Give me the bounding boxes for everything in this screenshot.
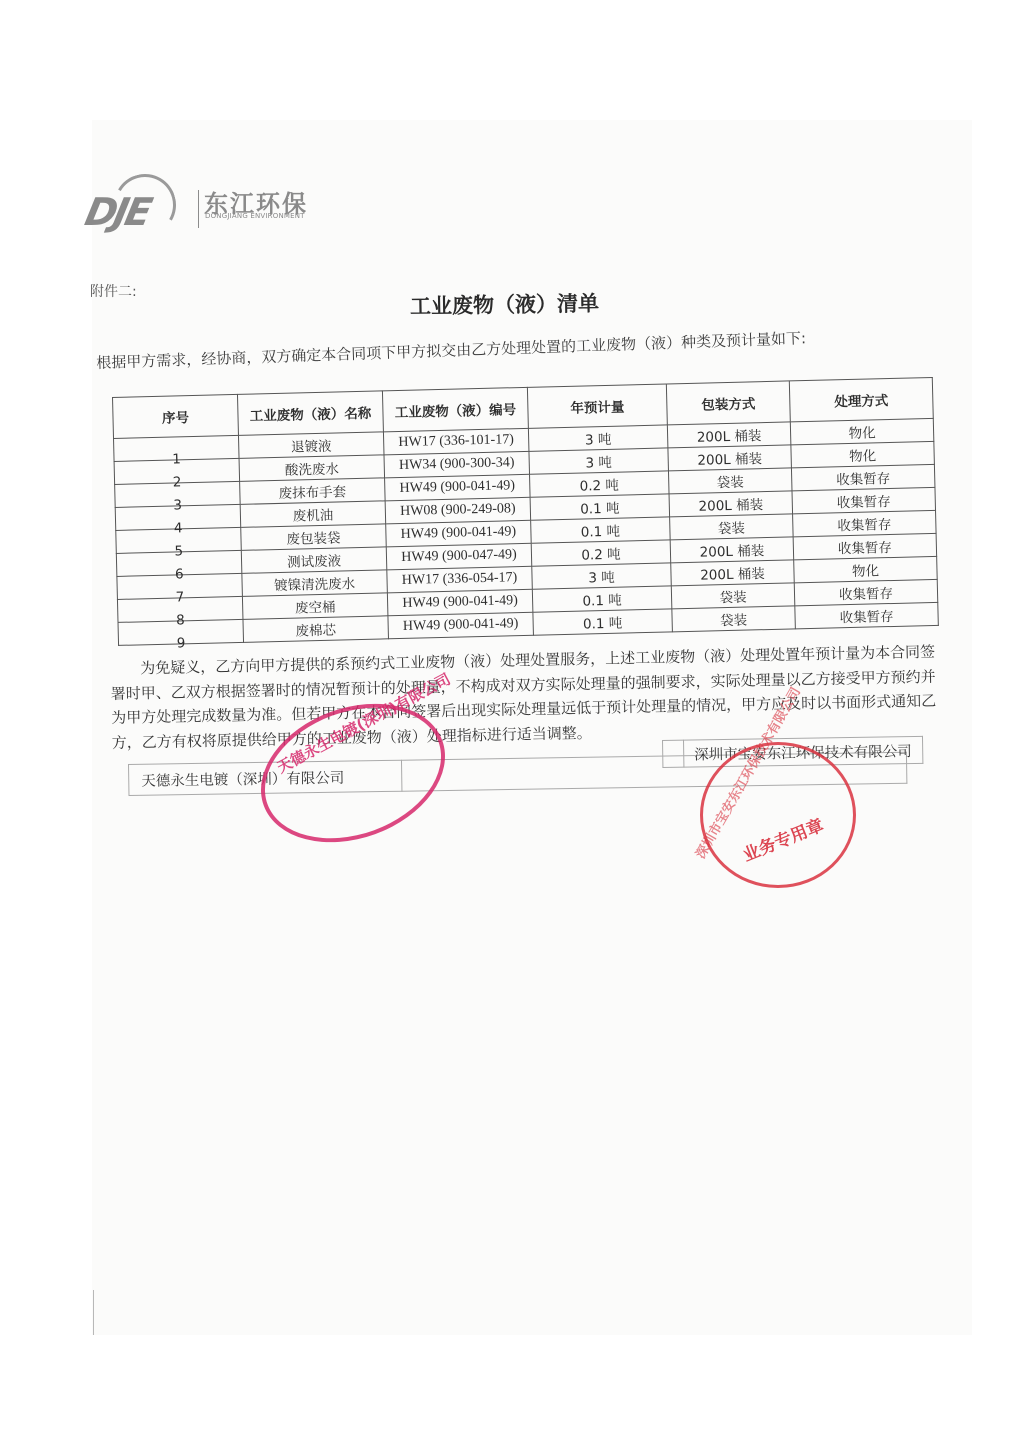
document-title: 工业废物（液）清单 xyxy=(410,287,599,320)
row-packaging: 袋装 xyxy=(671,583,795,609)
row-number-text: 9 xyxy=(177,635,186,651)
row-packaging: 200L 桶装 xyxy=(671,560,795,586)
row-number-text: 4 xyxy=(174,520,183,536)
party-b-blank xyxy=(663,740,684,767)
row-code: HW49 (900-041-49) xyxy=(388,612,534,639)
header-name: 工业废物（液）名称 xyxy=(237,391,383,436)
attachment-label: 附件二: xyxy=(90,281,137,301)
header-no: 序号 xyxy=(113,394,239,438)
row-amount: 0.2 吨 xyxy=(530,471,670,497)
row-number-text: 1 xyxy=(172,451,181,467)
row-amount: 0.2 吨 xyxy=(531,540,671,566)
company-logo: DJE 东江环保 DONGJIANG ENVIRONMENT xyxy=(86,172,346,238)
logo-divider xyxy=(198,190,199,228)
waste-table-body: 1退镀液HW17 (336-101-17)3 吨200L 桶装物化2酸洗废水HW… xyxy=(114,418,939,645)
row-packaging: 200L 桶装 xyxy=(669,491,793,517)
row-amount: 0.1 吨 xyxy=(530,494,670,520)
logo-name-en: DONGJIANG ENVIRONMENT xyxy=(205,212,305,220)
header-treatment: 处理方式 xyxy=(789,377,933,421)
row-no: 1 xyxy=(114,435,240,461)
row-packaging: 袋装 xyxy=(668,468,792,494)
row-number-text: 7 xyxy=(175,589,184,605)
row-packaging: 200L 桶装 xyxy=(670,537,794,563)
row-packaging: 200L 桶装 xyxy=(667,422,791,448)
row-number-text: 8 xyxy=(176,612,185,628)
row-amount: 3 吨 xyxy=(528,425,668,451)
row-number-text: 2 xyxy=(173,474,182,490)
header-code: 工业废物（液）编号 xyxy=(382,387,528,432)
scan-edge-line xyxy=(93,1290,94,1335)
row-number-text: 5 xyxy=(174,543,183,559)
row-treatment: 收集暂存 xyxy=(795,602,939,628)
row-packaging: 200L 桶装 xyxy=(668,445,792,471)
header-packaging: 包装方式 xyxy=(666,381,790,425)
waste-table: 序号 工业废物（液）名称 工业废物（液）编号 年预计量 包装方式 处理方式 1退… xyxy=(112,377,939,646)
row-amount: 0.1 吨 xyxy=(532,586,672,612)
row-amount: 0.1 吨 xyxy=(531,517,671,543)
row-packaging: 袋装 xyxy=(672,606,796,632)
row-number-text: 3 xyxy=(173,497,182,513)
logo-mark: DJE xyxy=(81,190,153,234)
row-amount: 0.1 吨 xyxy=(533,609,673,635)
row-amount: 3 吨 xyxy=(532,563,672,589)
row-amount: 3 吨 xyxy=(529,448,669,474)
row-packaging: 袋装 xyxy=(670,514,794,540)
waste-table-container: 序号 工业废物（液）名称 工业废物（液）编号 年预计量 包装方式 处理方式 1退… xyxy=(112,377,939,646)
header-amount: 年预计量 xyxy=(527,384,667,428)
row-number-text: 6 xyxy=(175,566,184,582)
row-name: 废棉芯 xyxy=(243,616,389,643)
